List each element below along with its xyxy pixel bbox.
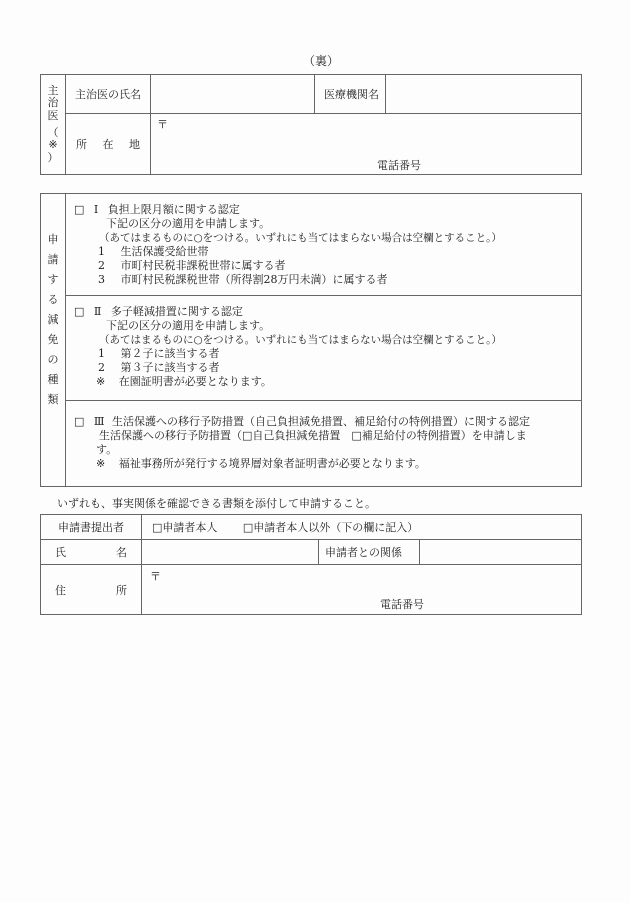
- reduction-type-table: 申 請 す る 減 免 の 種 類 □ Ⅰ 負担上限月額に関する認定 下記の区分…: [40, 193, 582, 487]
- section-2-note: ※ 在園証明書が必要となります。: [66, 375, 581, 389]
- section-3-title: 生活保護への移行予防措置（自己負担減免措置、補足給付の特例措置）に関する認定: [112, 415, 530, 428]
- page-side-label: （裏）: [303, 52, 339, 69]
- section-1-item-1[interactable]: 1 生活保護受給世帯: [66, 245, 581, 259]
- section-1: □ Ⅰ 負担上限月額に関する認定 下記の区分の適用を申請します。 （あてはまるも…: [66, 194, 582, 296]
- section-2-title: 多子軽減措置に関する認定: [111, 305, 243, 318]
- section-2-item-1[interactable]: 1 第２子に該当する者: [66, 347, 581, 361]
- physician-name-field[interactable]: [151, 75, 315, 114]
- physician-phone-label: 電話番号: [377, 157, 421, 173]
- physician-side-label: 主 治 医 （ ※ ）: [41, 75, 66, 175]
- physician-name-label: 主治医の氏名: [66, 75, 151, 114]
- section-2-item-2[interactable]: 2 第３子に該当する者: [66, 361, 581, 375]
- submitter-address-label: 住 所: [41, 565, 142, 615]
- section-2: □ Ⅱ 多子軽減措置に関する認定 下記の区分の適用を申請します。 （あてはまるも…: [66, 296, 582, 401]
- section-1-checkbox[interactable]: □: [74, 203, 84, 216]
- physician-table: 主 治 医 （ ※ ） 主治医の氏名 医療機関名 所 在 地 〒 電話番号: [40, 74, 582, 175]
- option-self[interactable]: □申請者本人: [152, 521, 217, 534]
- physician-address-field[interactable]: 〒 電話番号: [151, 114, 582, 175]
- submitter-options: □申請者本人 □申請者本人以外（下の欄に記入）: [142, 515, 582, 540]
- submitter-address-field[interactable]: 〒 電話番号: [142, 565, 582, 615]
- institution-field[interactable]: [386, 75, 582, 114]
- reduction-side-label: 申 請 す る 減 免 の 種 類: [41, 194, 66, 487]
- section-1-title: 負担上限月額に関する認定: [108, 203, 240, 216]
- attachment-notice: いずれも、事実関係を確認できる書類を添付して申請すること。: [57, 495, 376, 511]
- postal-mark: 〒: [150, 568, 161, 584]
- submitter-phone-label: 電話番号: [380, 596, 424, 612]
- section-1-item-2[interactable]: 2 市町村民税非課税世帯に属する者: [66, 259, 581, 273]
- relation-field[interactable]: [420, 540, 582, 565]
- section-3-checkbox[interactable]: □: [74, 415, 84, 428]
- relation-label: 申請者との関係: [319, 540, 420, 565]
- section-3-note: ※ 福祉事務所が発行する境界層対象者証明書が必要となります。: [66, 457, 581, 471]
- submitter-label: 申請書提出者: [41, 515, 142, 540]
- option-other[interactable]: □申請者本人以外（下の欄に記入）: [243, 521, 418, 534]
- submitter-table: 申請書提出者 □申請者本人 □申請者本人以外（下の欄に記入） 氏 名 申請者との…: [40, 514, 582, 615]
- submitter-name-field[interactable]: [142, 540, 319, 565]
- submitter-name-label: 氏 名: [41, 540, 142, 565]
- section-2-checkbox[interactable]: □: [74, 305, 84, 318]
- physician-address-label: 所 在 地: [66, 114, 151, 175]
- institution-label: 医療機関名: [315, 75, 386, 114]
- section-1-item-3[interactable]: 3 市町村民税課税世帯（所得割28万円未満）に属する者: [66, 273, 581, 287]
- section-3-options[interactable]: 生活保護への移行予防措置（□自己負担減免措置 □補足給付の特例措置）を申請しま: [66, 429, 581, 443]
- section-3: □ Ⅲ 生活保護への移行予防措置（自己負担減免措置、補足給付の特例措置）に関する…: [66, 401, 582, 487]
- postal-mark: 〒: [157, 116, 168, 132]
